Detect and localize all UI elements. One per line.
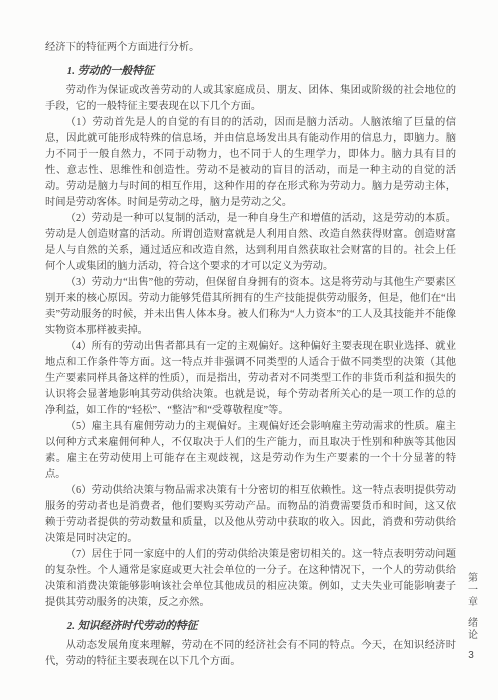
section-heading-1: 1. 劳动的一般特征 xyxy=(45,63,456,79)
section-label: 绪论 xyxy=(464,617,479,641)
margin-label: 第一章 绪论 3 xyxy=(461,572,481,661)
paragraph-item-3: （3）劳动力“出售”他的劳动，但保留自身拥有的资本。这是将劳动与其他生产要素区别… xyxy=(45,275,456,339)
paragraph-item-1: （1）劳动首先是人的自觉的有目的的活动，因而是脑力活动。人脑浓缩了巨量的信息，因… xyxy=(45,115,456,211)
paragraph-item-6: （6）劳动供给决策与物品需求决策有十分密切的相互依赖性。这一特点表明提供劳动服务… xyxy=(45,483,456,547)
book-page: 经济下的特征两个方面进行分析。 1. 劳动的一般特征 劳动作为保证或改善劳动的人… xyxy=(0,0,498,700)
section-heading-2: 2. 知识经济时代劳动的特征 xyxy=(45,618,456,634)
paragraph: 从动态发展角度来理解，劳动在不同的经济社会有不同的特点。今天，在知识经济时代，劳… xyxy=(45,638,456,670)
paragraph-item-7: （7）居住于同一家庭中的人们的劳动供给决策是密切相关的。这一特点表明劳动问题的复… xyxy=(45,547,456,611)
paragraph-continuation: 经济下的特征两个方面进行分析。 xyxy=(45,40,456,56)
paragraph-item-5: （5）雇主具有雇佣劳动力的主观偏好。主观偏好还会影响雇主劳动需求的性质。雇主以何… xyxy=(45,419,456,483)
page-body-text: 经济下的特征两个方面进行分析。 1. 劳动的一般特征 劳动作为保证或改善劳动的人… xyxy=(45,40,456,670)
page-number: 3 xyxy=(468,650,474,661)
chapter-label: 第一章 xyxy=(464,572,479,608)
paragraph-item-2: （2）劳动是一种可以复制的活动，是一种自身生产和增值的活动，这是劳动的本质。劳动… xyxy=(45,211,456,275)
paragraph: 劳动作为保证或改善劳动的人或其家庭成员、朋友、团体、集团或阶级的社会地位的手段，… xyxy=(45,83,456,115)
paragraph-item-4: （4）所有的劳动出售者都具有一定的主观偏好。这种偏好主要表现在职业选择、就业地点… xyxy=(45,339,456,419)
